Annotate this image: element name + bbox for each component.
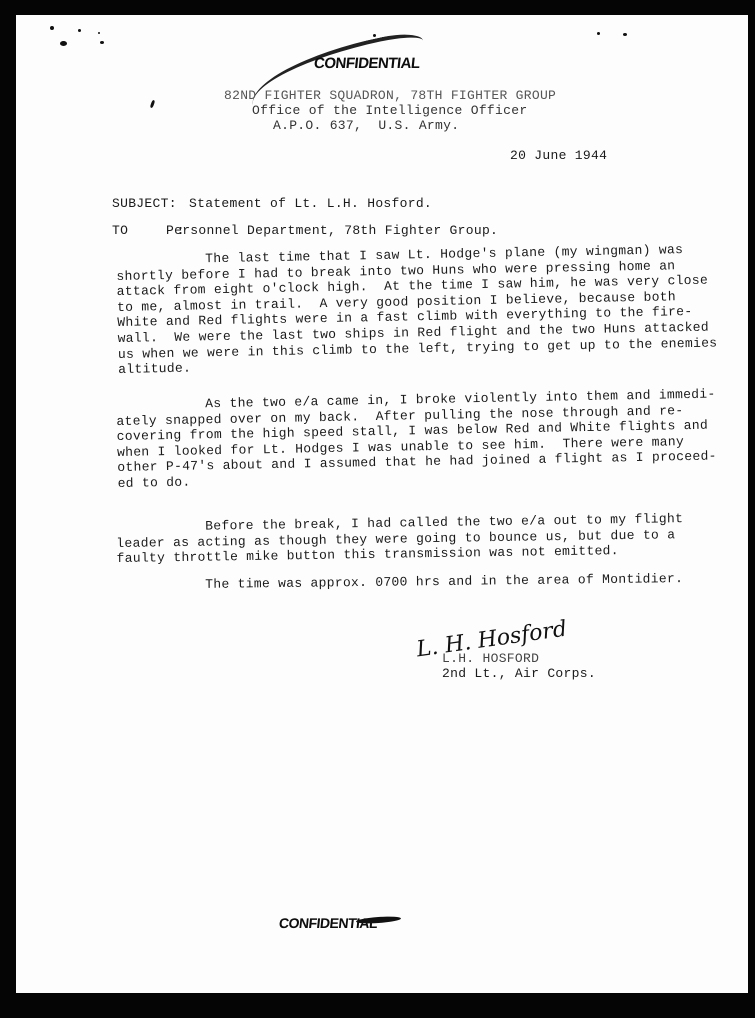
signature-typed-name: L.H. HOSFORD bbox=[442, 651, 539, 666]
subject-label: SUBJECT: bbox=[112, 196, 177, 211]
scan-speck bbox=[50, 26, 54, 30]
paragraph-1: The last time that I saw Lt. Hodge's pla… bbox=[116, 241, 718, 377]
scan-speck bbox=[623, 33, 627, 36]
scan-speck bbox=[98, 32, 100, 34]
document-date: 20 June 1944 bbox=[510, 148, 607, 163]
letterhead-address: A.P.O. 637, U.S. Army. bbox=[273, 118, 459, 133]
letterhead-unit: 82ND FIGHTER SQUADRON, 78TH FIGHTER GROU… bbox=[224, 88, 556, 103]
paragraph-3: Before the break, I had called the two e… bbox=[116, 511, 717, 567]
scan-speck bbox=[150, 100, 156, 109]
classification-stamp-top: CONFIDENTIAL bbox=[313, 55, 420, 72]
scan-speck bbox=[597, 32, 600, 35]
letterhead-office: Office of the Intelligence Officer bbox=[252, 103, 527, 118]
text-line: The time was approx. 0700 hrs and in the… bbox=[116, 571, 716, 594]
scan-speck bbox=[100, 41, 104, 44]
scan-speck bbox=[60, 41, 67, 46]
scan-speck bbox=[373, 34, 376, 37]
paragraph-2: As the two e/a came in, I broke violentl… bbox=[116, 386, 718, 491]
scan-speck bbox=[78, 29, 81, 32]
signature-rank: 2nd Lt., Air Corps. bbox=[442, 666, 596, 681]
to-value: Personnel Department, 78th Fighter Group… bbox=[166, 223, 498, 238]
subject-value: Statement of Lt. L.H. Hosford. bbox=[189, 196, 432, 211]
document-page: CONFIDENTIAL 82ND FIGHTER SQUADRON, 78TH… bbox=[16, 15, 748, 993]
paragraph-4: The time was approx. 0700 hrs and in the… bbox=[116, 571, 716, 594]
